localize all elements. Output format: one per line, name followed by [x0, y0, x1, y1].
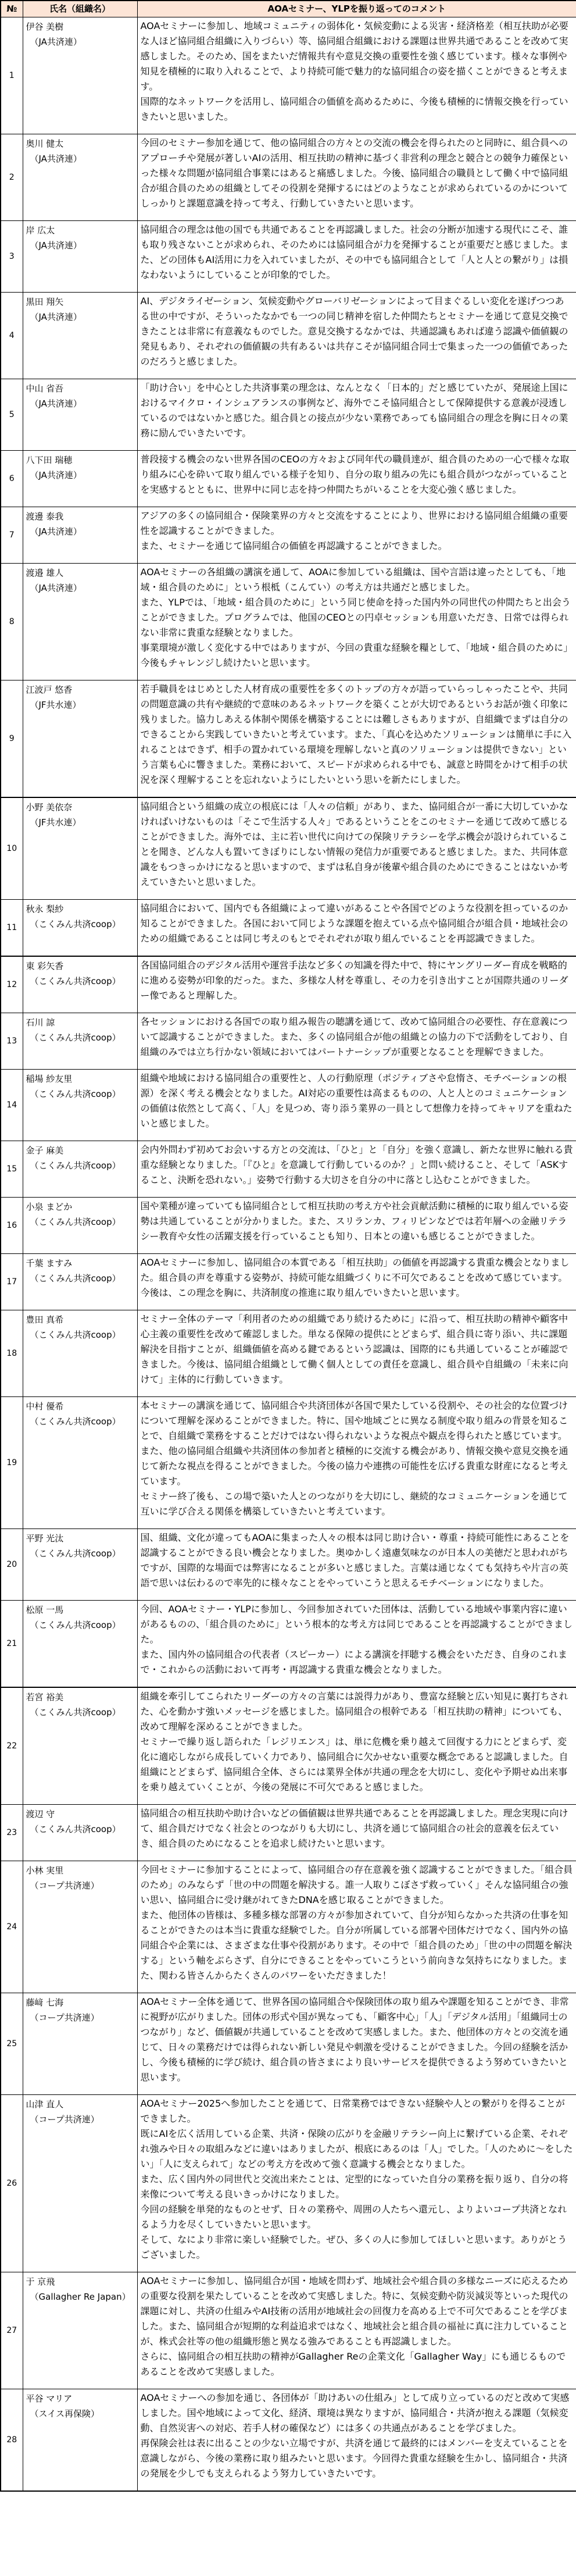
- table-row: 27 于 京飛 （Gallagher Re Japan） AOAセミナーに参加し…: [1, 2272, 576, 2389]
- member-cell: 豊田 真希 （こくみん共済coop）: [23, 1310, 137, 1397]
- member-name: 中村 優希: [26, 1399, 136, 1414]
- member-comment: 若手職員をはじめとした人材育成の重要性を多くのトップの方々が語っていらっしゃった…: [137, 680, 576, 798]
- row-number: 20: [1, 1529, 23, 1601]
- member-name: 八下田 瑞穂: [26, 453, 136, 468]
- member-name: 山津 直人: [26, 2097, 136, 2112]
- member-organization: （JA共済連）: [26, 580, 136, 596]
- table-row: 10 小野 美依奈 （JF共水連） 協同組合という組織の成立の根底には「人々の信…: [1, 797, 576, 900]
- table-row: 2 奥川 健太 （JA共済連） 今回のセミナー参加を通じて、他の協同組合の方々と…: [1, 134, 576, 221]
- member-name: 于 京飛: [26, 2274, 136, 2289]
- row-number: 15: [1, 1141, 23, 1198]
- member-organization: （こくみん共済coop）: [26, 1327, 136, 1342]
- member-name: 江波戸 悠香: [26, 682, 136, 697]
- member-name: 稲場 紗友里: [26, 1071, 136, 1086]
- member-organization: （スイス再保険）: [26, 2406, 136, 2421]
- member-organization: （JA共済連）: [26, 396, 136, 411]
- member-comment: AOAセミナーに参加し、地域コミュニティの弱体化・気候変動による災害・経済格差（…: [137, 17, 576, 134]
- member-name: 奥川 健太: [26, 136, 136, 151]
- table-row: 21 松原 一馬 （こくみん共済coop） 今回、AOAセミナー・YLPに参加し…: [1, 1601, 576, 1688]
- table-row: 4 黒田 翔矢 （JA共済連） AI、デジタライゼーション、気候変動やグローバリ…: [1, 293, 576, 379]
- member-organization: （コープ共済連）: [26, 1878, 136, 1893]
- member-cell: 小野 美依奈 （JF共水連）: [23, 797, 137, 900]
- table-row: 5 中山 省吾 （JA共済連） 「助け合い」を中心とした共済事業の理念は、なんと…: [1, 379, 576, 451]
- member-comment: 協同組合の相互扶助や助け合いなどの価値観は世界共通であることを再認識しました。理…: [137, 1805, 576, 1861]
- member-comment: AOAセミナーの各組織の講演を通して、AOAに参加している組織は、国や言語は違っ…: [137, 564, 576, 680]
- row-number: 14: [1, 1070, 23, 1141]
- member-name: 平谷 マリア: [26, 2391, 136, 2406]
- member-comment: 各国協同組合のデジタル活用や運営手法など多くの知識を得た中で、特にヤングリーダー…: [137, 956, 576, 1013]
- member-comment: 今回のセミナー参加を通じて、他の協同組合の方々との交流の機会を得られたのと同時に…: [137, 134, 576, 221]
- member-name: 渡辺 守: [26, 1807, 136, 1822]
- table-row: 3 岸 広太 （JA共済連） 協同組合の理念は他の国でも共通であることを再認識し…: [1, 221, 576, 293]
- table-row: 13 石川 諒 （こくみん共済coop） 各セッションにおける各国での取り組み報…: [1, 1013, 576, 1070]
- member-name: 渡邉 雄人: [26, 565, 136, 580]
- member-organization: （こくみん共済coop）: [26, 1214, 136, 1230]
- table-header: № 氏名（組織名） AOAセミナー、YLPを振り返ってのコメント: [1, 1, 576, 17]
- member-comment: 協同組合の理念は他の国でも共通であることを再認識しました。社会の分断が加速する現…: [137, 221, 576, 293]
- member-name: 黒田 翔矢: [26, 294, 136, 309]
- table-row: 14 稲場 紗友里 （こくみん共済coop） 組織や地域における協同組合の重要性…: [1, 1070, 576, 1141]
- table-row: 17 千葉 ますみ （こくみん共済coop） AOAセミナーに参加し、協同組合の…: [1, 1254, 576, 1310]
- member-name: 渡邊 泰我: [26, 509, 136, 524]
- member-cell: 石川 諒 （こくみん共済coop）: [23, 1013, 137, 1070]
- table-row: 26 山津 直人 （コープ共済連） AOAセミナー2025へ参加したことを通じて…: [1, 2095, 576, 2272]
- member-cell: 稲場 紗友里 （こくみん共済coop）: [23, 1070, 137, 1141]
- member-comment: AI、デジタライゼーション、気候変動やグローバリゼーションによって目まぐるしい変…: [137, 293, 576, 379]
- table-row: 22 若宮 裕美 （こくみん共済coop） 組織を牽引してこられたリーダーの方々…: [1, 1687, 576, 1805]
- member-name: 松原 一馬: [26, 1602, 136, 1617]
- member-comment: AOAセミナーに参加し、協同組合の本質である「相互扶助」の価値を再認識する貴重な…: [137, 1254, 576, 1310]
- member-comment: AOAセミナー全体を通じて、世界各国の協同組合や保険団体の取り組みや課題を知るこ…: [137, 1993, 576, 2095]
- member-name: 小林 実里: [26, 1863, 136, 1878]
- member-comment: 会内外問わず初めてお会いする方との交流は、「ひと」と「自分」を強く意識し、新たな…: [137, 1141, 576, 1198]
- row-number: 6: [1, 451, 23, 507]
- row-number: 2: [1, 134, 23, 221]
- header-no: №: [1, 1, 23, 17]
- row-number: 1: [1, 17, 23, 134]
- row-number: 12: [1, 956, 23, 1013]
- row-number: 16: [1, 1198, 23, 1254]
- member-organization: （コープ共済連）: [26, 2112, 136, 2127]
- member-cell: 中山 省吾 （JA共済連）: [23, 379, 137, 451]
- member-cell: 東 彩矢香 （こくみん共済coop）: [23, 956, 137, 1013]
- member-name: 伊谷 美樹: [26, 19, 136, 34]
- row-number: 8: [1, 564, 23, 680]
- table-body: 1 伊谷 美樹 （JA共済連） AOAセミナーに参加し、地域コミュニティの弱体化…: [1, 17, 576, 2492]
- row-number: 17: [1, 1254, 23, 1310]
- member-organization: （JA共済連）: [26, 34, 136, 49]
- member-comment: 普段接する機会のない世界各国のCEOの方々および同年代の職員達が、組合員のための…: [137, 451, 576, 507]
- table-row: 11 秋永 梨紗 （こくみん共済coop） 協同組合において、国内でも各組織によ…: [1, 900, 576, 957]
- member-name: 石川 諒: [26, 1015, 136, 1030]
- member-cell: 八下田 瑞穂 （JA共済連）: [23, 451, 137, 507]
- table-row: 12 東 彩矢香 （こくみん共済coop） 各国協同組合のデジタル活用や運営手法…: [1, 956, 576, 1013]
- member-cell: 江波戸 悠香 （JF共水連）: [23, 680, 137, 798]
- member-cell: 奥川 健太 （JA共済連）: [23, 134, 137, 221]
- member-name: 秋永 梨紗: [26, 902, 136, 917]
- member-organization: （こくみん共済coop）: [26, 1617, 136, 1633]
- member-name: 藤﨑 七海: [26, 1995, 136, 2010]
- member-organization: （こくみん共済coop）: [26, 1705, 136, 1720]
- member-cell: 中村 優希 （こくみん共済coop）: [23, 1397, 137, 1529]
- table-row: 20 平野 光汰 （こくみん共済coop） 国、組織、文化が違ってもAOAに集ま…: [1, 1529, 576, 1601]
- header-row: № 氏名（組織名） AOAセミナー、YLPを振り返ってのコメント: [1, 1, 576, 17]
- member-name: 豊田 真希: [26, 1312, 136, 1327]
- member-cell: 平谷 マリア （スイス再保険）: [23, 2389, 137, 2492]
- table-row: 8 渡邉 雄人 （JA共済連） AOAセミナーの各組織の講演を通して、AOAに参…: [1, 564, 576, 680]
- member-organization: （JF共水連）: [26, 697, 136, 712]
- table-row: 24 小林 実里 （コープ共済連） 今回セミナーに参加することによって、協同組合…: [1, 1861, 576, 1993]
- member-cell: 平野 光汰 （こくみん共済coop）: [23, 1529, 137, 1601]
- member-organization: （JA共済連）: [26, 238, 136, 253]
- member-organization: （こくみん共済coop）: [26, 1414, 136, 1429]
- table-row: 7 渡邊 泰我 （JA共済連） アジアの多くの協同組合・保険業界の方々と交流をす…: [1, 507, 576, 564]
- member-comment: AOAセミナー2025へ参加したことを通じて、日常業務ではできない経験や人との繋…: [137, 2095, 576, 2272]
- row-number: 28: [1, 2389, 23, 2492]
- member-organization: （こくみん共済coop）: [26, 1030, 136, 1045]
- member-cell: 藤﨑 七海 （コープ共済連）: [23, 1993, 137, 2095]
- member-comment: 国や業種が違っていても協同組合として相互扶助の考え方や社会貢献活動に積極的に取り…: [137, 1198, 576, 1254]
- member-cell: 伊谷 美樹 （JA共済連）: [23, 17, 137, 134]
- row-number: 4: [1, 293, 23, 379]
- member-cell: 千葉 ますみ （こくみん共済coop）: [23, 1254, 137, 1310]
- table-row: 9 江波戸 悠香 （JF共水連） 若手職員をはじめとした人材育成の重要性を多くの…: [1, 680, 576, 798]
- member-organization: （こくみん共済coop）: [26, 1158, 136, 1173]
- member-organization: （こくみん共済coop）: [26, 917, 136, 932]
- member-organization: （JA共済連）: [26, 309, 136, 325]
- member-cell: 秋永 梨紗 （こくみん共済coop）: [23, 900, 137, 957]
- member-organization: （JA共済連）: [26, 524, 136, 539]
- row-number: 22: [1, 1687, 23, 1805]
- member-cell: 若宮 裕美 （こくみん共済coop）: [23, 1687, 137, 1805]
- member-cell: 小泉 まどか （こくみん共済coop）: [23, 1198, 137, 1254]
- member-comment: 「助け合い」を中心とした共済事業の理念は、なんとなく「日本的」だと感じていたが、…: [137, 379, 576, 451]
- member-comment: 協同組合において、国内でも各組織によって違いがあることや各国でどのような役割を担…: [137, 900, 576, 957]
- member-comment: 組織や地域における協同組合の重要性と、人の行動原理（ポジティブさや怠惰さ、モチベ…: [137, 1070, 576, 1141]
- member-comment: 国、組織、文化が違ってもAOAに集まった人々の根本は同じ助け合い・尊重・持続可能…: [137, 1529, 576, 1601]
- row-number: 7: [1, 507, 23, 564]
- member-comment: 各セッションにおける各国での取り組み報告の聴講を通じて、改めて協同組合の必要性、…: [137, 1013, 576, 1070]
- member-comment: 今回、AOAセミナー・YLPに参加し、今回参加されていた団体は、活動している地域…: [137, 1601, 576, 1688]
- row-number: 26: [1, 2095, 23, 2272]
- row-number: 18: [1, 1310, 23, 1397]
- member-cell: 小林 実里 （コープ共済連）: [23, 1861, 137, 1993]
- member-cell: 松原 一馬 （こくみん共済coop）: [23, 1601, 137, 1688]
- row-number: 9: [1, 680, 23, 798]
- member-comment: 組織を牽引してこられたリーダーの方々の言葉には説得力があり、豊富な経験と広い知見…: [137, 1687, 576, 1805]
- member-name: 小泉 まどか: [26, 1199, 136, 1214]
- member-organization: （JA共済連）: [26, 468, 136, 483]
- member-organization: （コープ共済連）: [26, 2010, 136, 2025]
- table-row: 23 渡辺 守 （こくみん共済coop） 協同組合の相互扶助や助け合いなどの価値…: [1, 1805, 576, 1861]
- table-row: 19 中村 優希 （こくみん共済coop） 本セミナーの講演を通じて、協同組合や…: [1, 1397, 576, 1529]
- member-cell: 渡邉 雄人 （JA共済連）: [23, 564, 137, 680]
- member-name: 若宮 裕美: [26, 1690, 136, 1705]
- table-row: 28 平谷 マリア （スイス再保険） AOAセミナーへの参加を通じ、各団体が「助…: [1, 2389, 576, 2492]
- member-name: 中山 省吾: [26, 381, 136, 396]
- table-row: 15 金子 麻美 （こくみん共済coop） 会内外問わず初めてお会いする方との交…: [1, 1141, 576, 1198]
- member-cell: 于 京飛 （Gallagher Re Japan）: [23, 2272, 137, 2389]
- row-number: 3: [1, 221, 23, 293]
- row-number: 5: [1, 379, 23, 451]
- member-cell: 渡辺 守 （こくみん共済coop）: [23, 1805, 137, 1861]
- member-comment: アジアの多くの協同組合・保険業界の方々と交流をすることにより、世界における協同組…: [137, 507, 576, 564]
- table-row: 6 八下田 瑞穂 （JA共済連） 普段接する機会のない世界各国のCEOの方々およ…: [1, 451, 576, 507]
- member-name: 平野 光汰: [26, 1531, 136, 1546]
- header-name-org: 氏名（組織名）: [23, 1, 137, 17]
- row-number: 13: [1, 1013, 23, 1070]
- member-cell: 山津 直人 （コープ共済連）: [23, 2095, 137, 2272]
- member-name: 岸 広太: [26, 223, 136, 238]
- member-name: 千葉 ますみ: [26, 1256, 136, 1271]
- member-comment: AOAセミナーへの参加を通じ、各団体が「助けあいの仕組み」として成り立っているの…: [137, 2389, 576, 2492]
- member-cell: 金子 麻美 （こくみん共済coop）: [23, 1141, 137, 1198]
- row-number: 23: [1, 1805, 23, 1861]
- row-number: 24: [1, 1861, 23, 1993]
- row-number: 11: [1, 900, 23, 957]
- member-cell: 渡邊 泰我 （JA共済連）: [23, 507, 137, 564]
- member-cell: 岸 広太 （JA共済連）: [23, 221, 137, 293]
- table-row: 16 小泉 まどか （こくみん共済coop） 国や業種が違っていても協同組合とし…: [1, 1198, 576, 1254]
- member-organization: （Gallagher Re Japan）: [26, 2289, 136, 2304]
- aoa-seminar-comments-table: № 氏名（組織名） AOAセミナー、YLPを振り返ってのコメント 1 伊谷 美樹…: [0, 0, 576, 2492]
- member-name: 小野 美依奈: [26, 800, 136, 815]
- member-comment: 協同組合という組織の成立の根底には「人々の信頼」があり、また、協同組合が一番に大…: [137, 797, 576, 900]
- header-comment: AOAセミナー、YLPを振り返ってのコメント: [137, 1, 576, 17]
- table-row: 1 伊谷 美樹 （JA共済連） AOAセミナーに参加し、地域コミュニティの弱体化…: [1, 17, 576, 134]
- member-organization: （こくみん共済coop）: [26, 1822, 136, 1837]
- member-comment: 本セミナーの講演を通じて、協同組合や共済団体が各国で果たしている役割や、その社会…: [137, 1397, 576, 1529]
- member-cell: 黒田 翔矢 （JA共済連）: [23, 293, 137, 379]
- row-number: 10: [1, 797, 23, 900]
- member-organization: （こくみん共済coop）: [26, 1086, 136, 1102]
- row-number: 27: [1, 2272, 23, 2389]
- member-organization: （こくみん共済coop）: [26, 1546, 136, 1561]
- member-organization: （こくみん共済coop）: [26, 1271, 136, 1286]
- member-name: 東 彩矢香: [26, 959, 136, 974]
- table-row: 25 藤﨑 七海 （コープ共済連） AOAセミナー全体を通じて、世界各国の協同組…: [1, 1993, 576, 2095]
- member-organization: （JA共済連）: [26, 151, 136, 166]
- member-organization: （JF共水連）: [26, 815, 136, 830]
- row-number: 19: [1, 1397, 23, 1529]
- member-name: 金子 麻美: [26, 1143, 136, 1158]
- row-number: 21: [1, 1601, 23, 1688]
- member-comment: AOAセミナーに参加し、協同組合が国・地域を問わず、地域社会や組合員の多様なニー…: [137, 2272, 576, 2389]
- table-row: 18 豊田 真希 （こくみん共済coop） セミナー全体のテーマ「利用者のための…: [1, 1310, 576, 1397]
- row-number: 25: [1, 1993, 23, 2095]
- member-comment: 今回セミナーに参加することによって、協同組合の存在意義を強く認識することができま…: [137, 1861, 576, 1993]
- member-organization: （こくみん共済coop）: [26, 974, 136, 989]
- member-comment: セミナー全体のテーマ「利用者のための組織であり続けるために」に沿って、相互扶助の…: [137, 1310, 576, 1397]
